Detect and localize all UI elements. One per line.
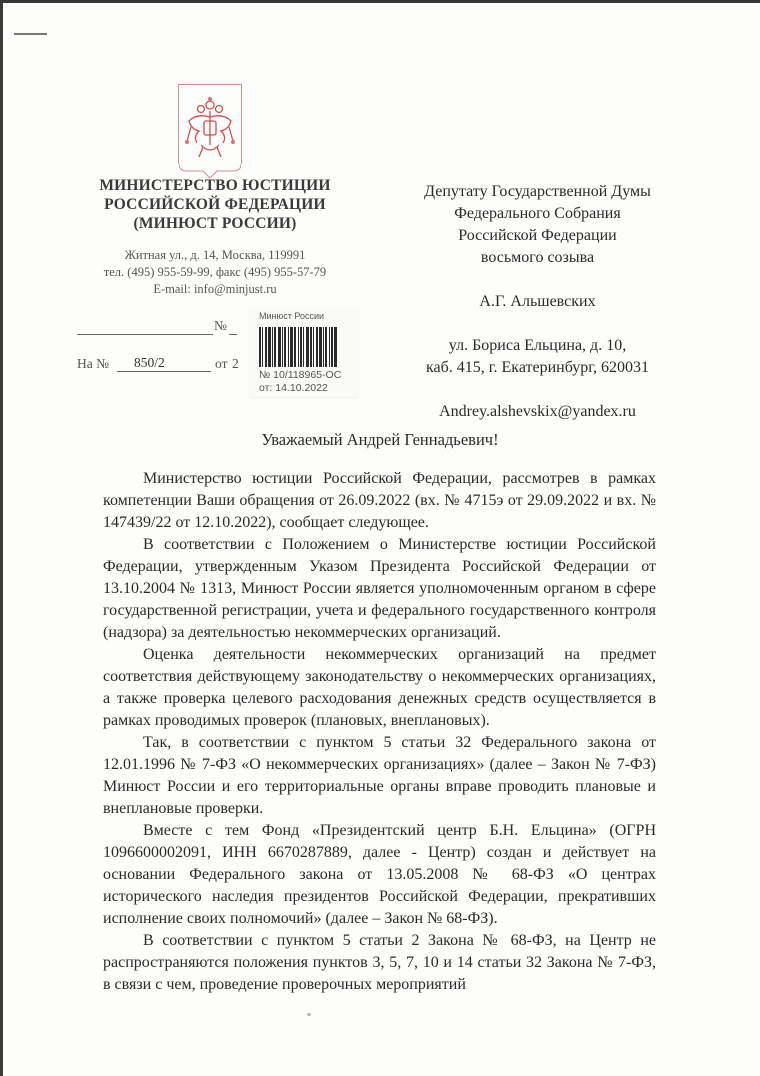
paragraph: Вместе с тем Фонд «Президентский центр Б… [103, 820, 656, 930]
reply-to-number: 850/2 [134, 355, 165, 371]
paragraph: В соответствии с пунктом 5 статьи 2 Зако… [103, 930, 656, 996]
recipient-address-line: ул. Бориса Ельцина, д. 10, [395, 335, 680, 357]
paragraph: Так, в соответствии с пунктом 5 статьи 3… [103, 732, 656, 820]
reply-to-number-line [117, 371, 211, 372]
ministry-address: Житная ул., д. 14, Москва, 119991 [70, 247, 360, 264]
outgoing-number-line-tail [229, 334, 237, 335]
ministry-phone: тел. (495) 955-59-99, факс (495) 955-57-… [70, 264, 360, 281]
recipient-title-line: восьмого созыва [395, 247, 680, 269]
ministry-contacts: Житная ул., д. 14, Москва, 119991 тел. (… [70, 247, 360, 298]
stamp-organization: Минюст России [259, 311, 324, 321]
coat-of-arms-icon [178, 84, 242, 164]
reply-date-label: от [215, 356, 227, 372]
ministry-email: E-mail: info@minjust.ru [70, 281, 360, 298]
outgoing-number-line [77, 334, 213, 335]
stamp-registration-date: от: 14.10.2022 [259, 382, 328, 394]
scan-speck [307, 1013, 311, 1016]
scan-border-left [0, 0, 3, 1076]
ministry-name-line: МИНИСТЕРСТВО ЮСТИЦИИ [70, 176, 360, 195]
ministry-name-line: (МИНЮСТ РОССИИ) [70, 214, 360, 233]
outgoing-number-label: № [214, 318, 227, 334]
fold-mark [14, 33, 47, 35]
reply-to-label: На № [77, 356, 109, 372]
barcode-icon [259, 327, 359, 367]
ministry-name: МИНИСТЕРСТВО ЮСТИЦИИ РОССИЙСКОЙ ФЕДЕРАЦИ… [70, 176, 360, 233]
stamp-registration-number: № 10/118965-ОС [259, 369, 341, 381]
ministry-name-line: РОССИЙСКОЙ ФЕДЕРАЦИИ [70, 195, 360, 214]
recipient-name: А.Г. Альшевских [395, 291, 680, 313]
recipient-title-line: Федерального Собрания [395, 203, 680, 225]
recipient-block: Депутату Государственной Думы Федерально… [395, 181, 680, 423]
letter-body: Министерство юстиции Российской Федераци… [103, 468, 656, 996]
paragraph: Министерство юстиции Российской Федераци… [103, 468, 656, 534]
recipient-title-line: Российской Федерации [395, 225, 680, 247]
salutation: Уважаемый Андрей Геннадьевич! [80, 430, 680, 450]
recipient-address-line: каб. 415, г. Екатеринбург, 620031 [395, 357, 680, 379]
reply-date-partial: 2 [232, 356, 239, 372]
paragraph: Оценка деятельности некоммерческих орган… [103, 644, 656, 732]
paragraph: В соответствии с Положением о Министерст… [103, 534, 656, 644]
recipient-email: Andrey.alshevskix@yandex.ru [395, 401, 680, 423]
recipient-title-line: Депутату Государственной Думы [395, 181, 680, 203]
registration-stamp: Минюст России № 10/118965-ОС от: 14.10.2… [250, 307, 358, 397]
scan-border-top [0, 0, 760, 3]
